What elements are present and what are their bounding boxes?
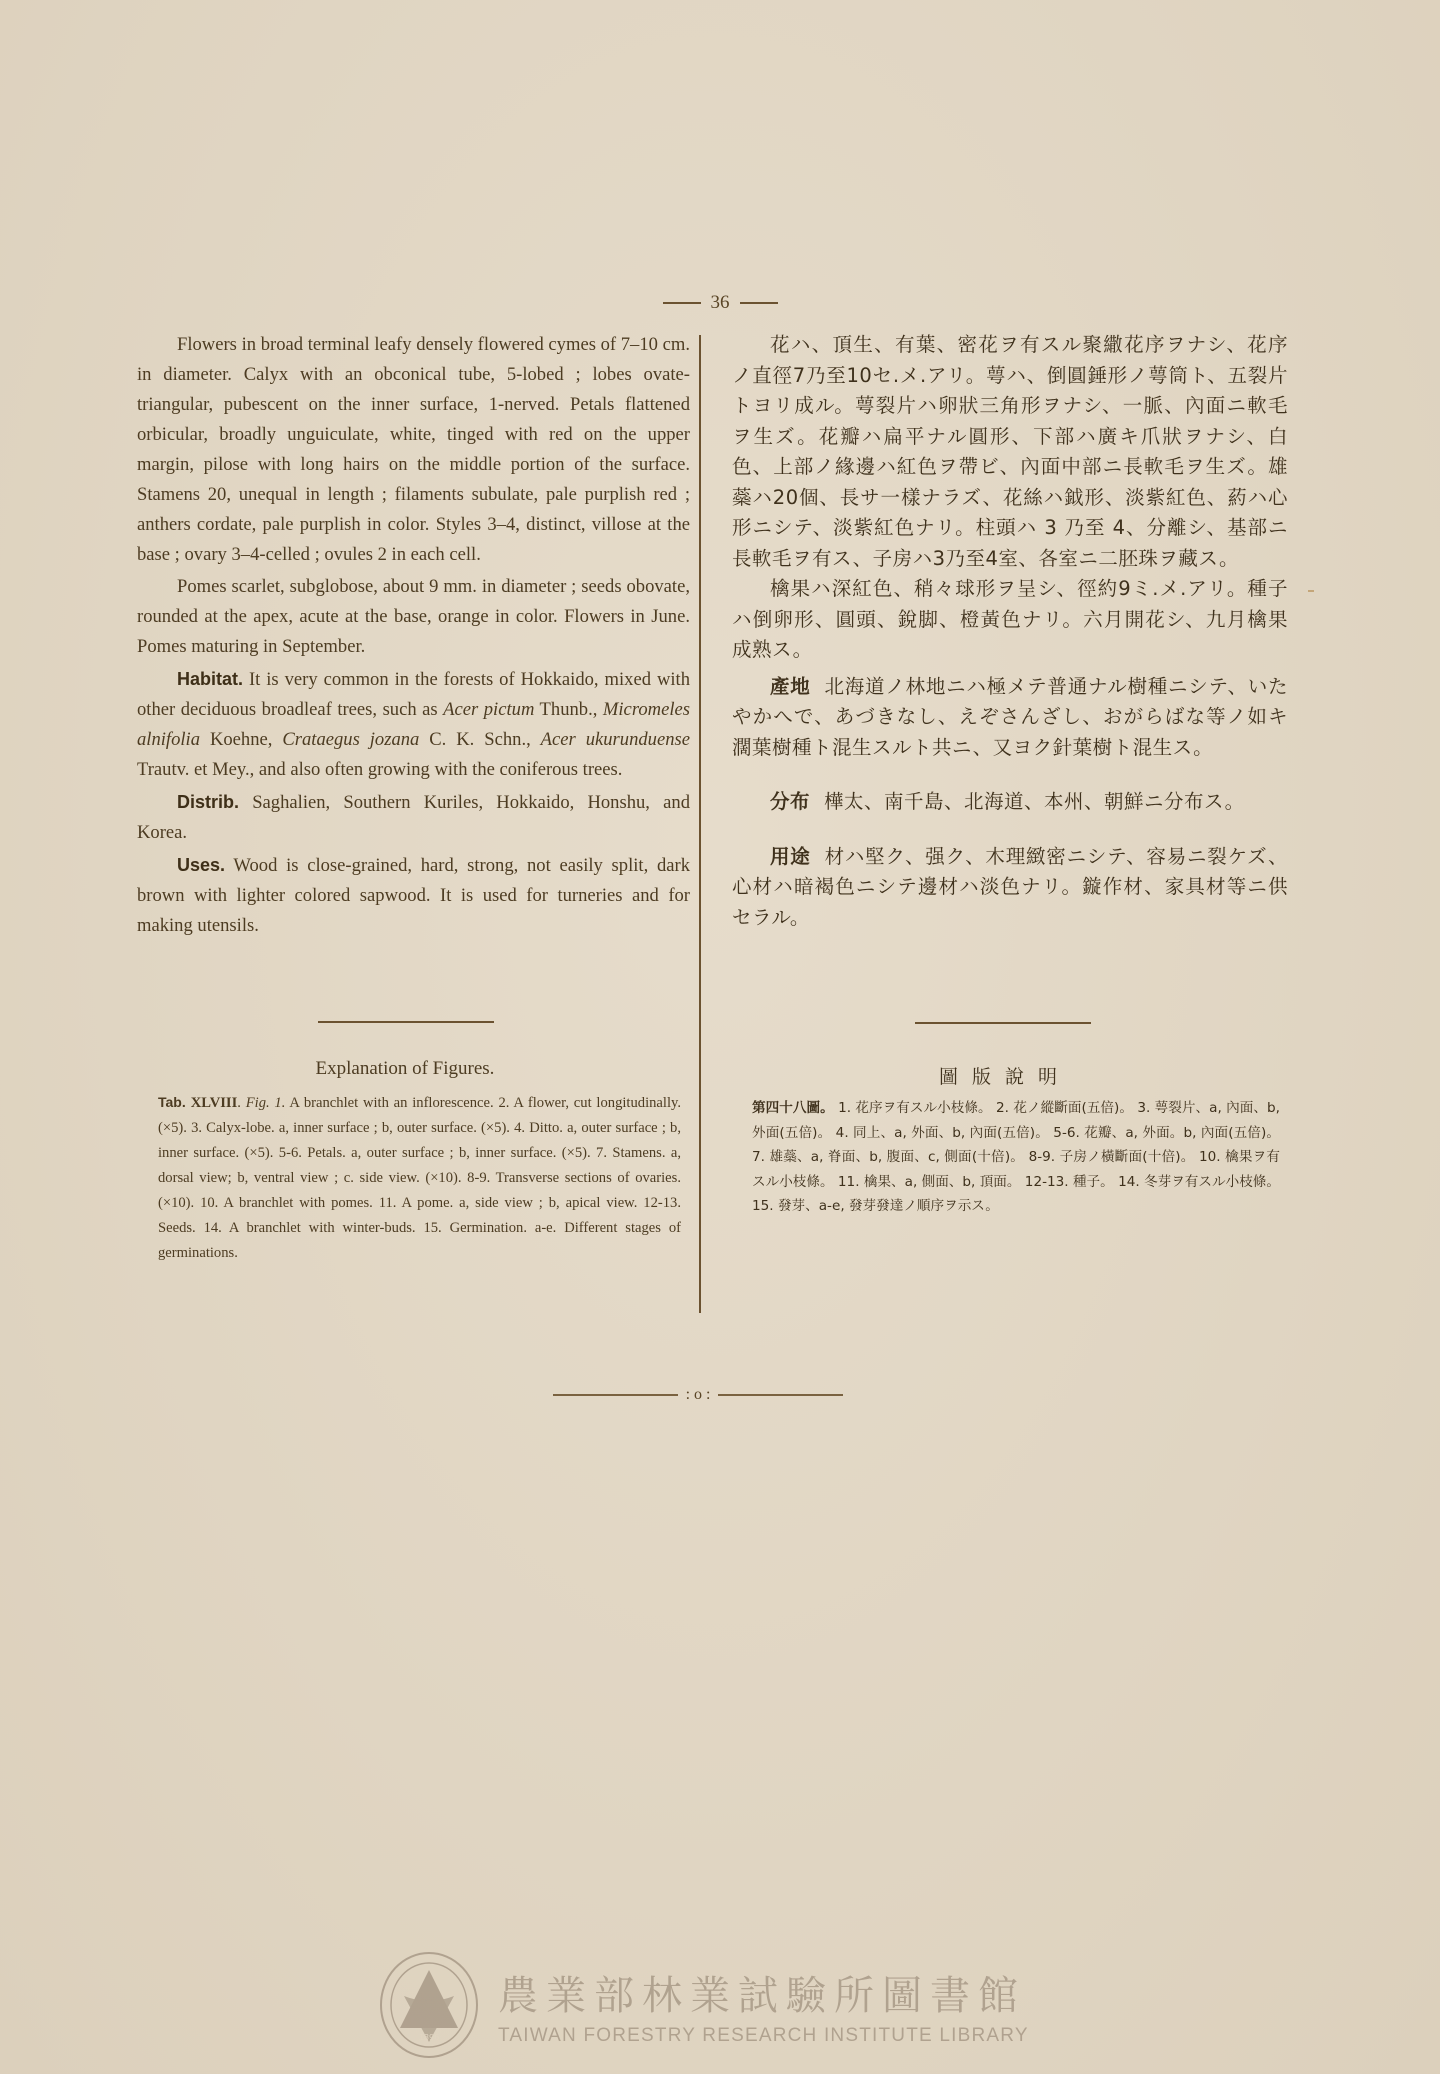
page-number-dash-right (740, 302, 778, 304)
fig-label: Fig. 1. (246, 1095, 286, 1111)
japanese-habitat: 產地北海道ノ林地ニハ極メテ普通ナル樹種ニシテ、いたやかへで、あづきなし、えぞさん… (732, 672, 1288, 764)
svg-text:1896: 1896 (419, 2033, 439, 2042)
habitat-label-jp: 產地 (770, 675, 811, 698)
tab-label: Tab. (158, 1094, 191, 1110)
page-number-dash-left (663, 302, 701, 304)
end-ornament: : o : (553, 1386, 843, 1404)
figures-text: A branchlet with an inflorescence. 2. A … (158, 1095, 681, 1261)
figures-title-japanese: 圖版說明 (850, 1062, 1160, 1089)
tab-number: XLVIII (191, 1095, 238, 1111)
habitat-text-jp: 北海道ノ林地ニハ極メテ普通ナル樹種ニシテ、いたやかへで、あづきなし、えぞさんざし… (732, 675, 1288, 759)
english-column: Flowers in broad terminal leafy densely … (137, 330, 690, 941)
figures-explanation-english: Tab. XLVIII. Fig. 1. A branchlet with an… (158, 1090, 681, 1266)
distrib-label: Distrib. (177, 792, 239, 812)
tab-dot: . (237, 1095, 245, 1111)
figures-title-english: Explanation of Figures. (180, 1058, 630, 1080)
figures-paragraph-jp: 第四十八圖。 1. 花序ヲ有スル小枝條。 2. 花ノ縱斷面(五倍)。 3. 萼裂… (752, 1096, 1280, 1219)
uses-text-jp: 材ハ堅ク、强ク、木理緻密ニシテ、容易ニ裂ケズ、心材ハ暗褐色ニシテ邊材ハ淡色ナリ。… (732, 845, 1288, 929)
english-habitat: Habitat. It is very common in the forest… (137, 664, 690, 785)
ornament-line-left (553, 1394, 678, 1396)
habitat-text: Koehne, (200, 729, 282, 750)
japanese-description-flowers: 花ハ、頂生、有葉、密花ヲ有スル聚繖花序ヲナシ、花序ノ直徑7乃至10セ.メ.アリ。… (732, 330, 1288, 574)
ornament-mark: : o : (686, 1386, 711, 1404)
english-description-flowers: Flowers in broad terminal leafy densely … (137, 330, 690, 570)
species-name: Acer ukurunduense (541, 729, 690, 750)
ornament-line-right (718, 1394, 843, 1396)
japanese-column: 花ハ、頂生、有葉、密花ヲ有スル聚繖花序ヲナシ、花序ノ直徑7乃至10セ.メ.アリ。… (732, 330, 1288, 933)
figures-paragraph: Tab. XLVIII. Fig. 1. A branchlet with an… (158, 1090, 681, 1266)
column-divider (699, 335, 701, 1313)
section-rule-right (915, 1022, 1091, 1024)
japanese-uses: 用途材ハ堅ク、强ク、木理緻密ニシテ、容易ニ裂ケズ、心材ハ暗褐色ニシテ邊材ハ淡色ナ… (732, 842, 1288, 934)
page-number-text: 36 (711, 292, 730, 314)
watermark-name-english: TAIWAN FORESTRY RESEARCH INSTITUTE LIBRA… (498, 2025, 1029, 2047)
library-watermark: 1896 農業部林業試驗所圖書館 TAIWAN FORESTRY RESEARC… (374, 1950, 1074, 2060)
japanese-distrib: 分布樺太、南千島、北海道、本州、朝鮮ニ分布ス。 (732, 787, 1288, 818)
habitat-text: Trautv. et Mey., and also often growing … (137, 759, 622, 780)
habitat-text: C. K. Schn., (419, 729, 540, 750)
section-rule-left (318, 1021, 494, 1023)
figures-explanation-japanese: 第四十八圖。 1. 花序ヲ有スル小枝條。 2. 花ノ縱斷面(五倍)。 3. 萼裂… (752, 1096, 1280, 1219)
uses-label: Uses. (177, 855, 225, 875)
distrib-text-jp: 樺太、南千島、北海道、本州、朝鮮ニ分布ス。 (824, 790, 1245, 813)
watermark-name-chinese: 農業部林業試驗所圖書館 (498, 1964, 1029, 2021)
page-number: 36 (655, 292, 785, 314)
species-name: Crataegus jozana (282, 729, 419, 750)
english-uses: Uses. Wood is close-grained, hard, stron… (137, 850, 690, 941)
uses-label-jp: 用途 (770, 845, 811, 868)
habitat-text: Thunb., (534, 699, 603, 720)
habitat-label: Habitat. (177, 669, 243, 689)
paper-speck (1308, 590, 1314, 592)
japanese-description-pomes: 檎果ハ深紅色、稍々球形ヲ呈シ、徑約9ミ.メ.アリ。種子ハ倒卵形、圓頭、銳脚、橙黃… (732, 574, 1288, 666)
institute-logo-icon: 1896 (374, 1950, 484, 2060)
english-description-pomes: Pomes scarlet, subglobose, about 9 mm. i… (137, 572, 690, 662)
english-distrib: Distrib. Saghalien, Southern Kuriles, Ho… (137, 787, 690, 848)
distrib-label-jp: 分布 (770, 790, 810, 813)
tab-label-jp: 第四十八圖。 (752, 1100, 834, 1116)
figures-text-jp: 1. 花序ヲ有スル小枝條。 2. 花ノ縱斷面(五倍)。 3. 萼裂片、a, 內面… (752, 1100, 1280, 1214)
species-name: Acer pictum (443, 699, 534, 720)
